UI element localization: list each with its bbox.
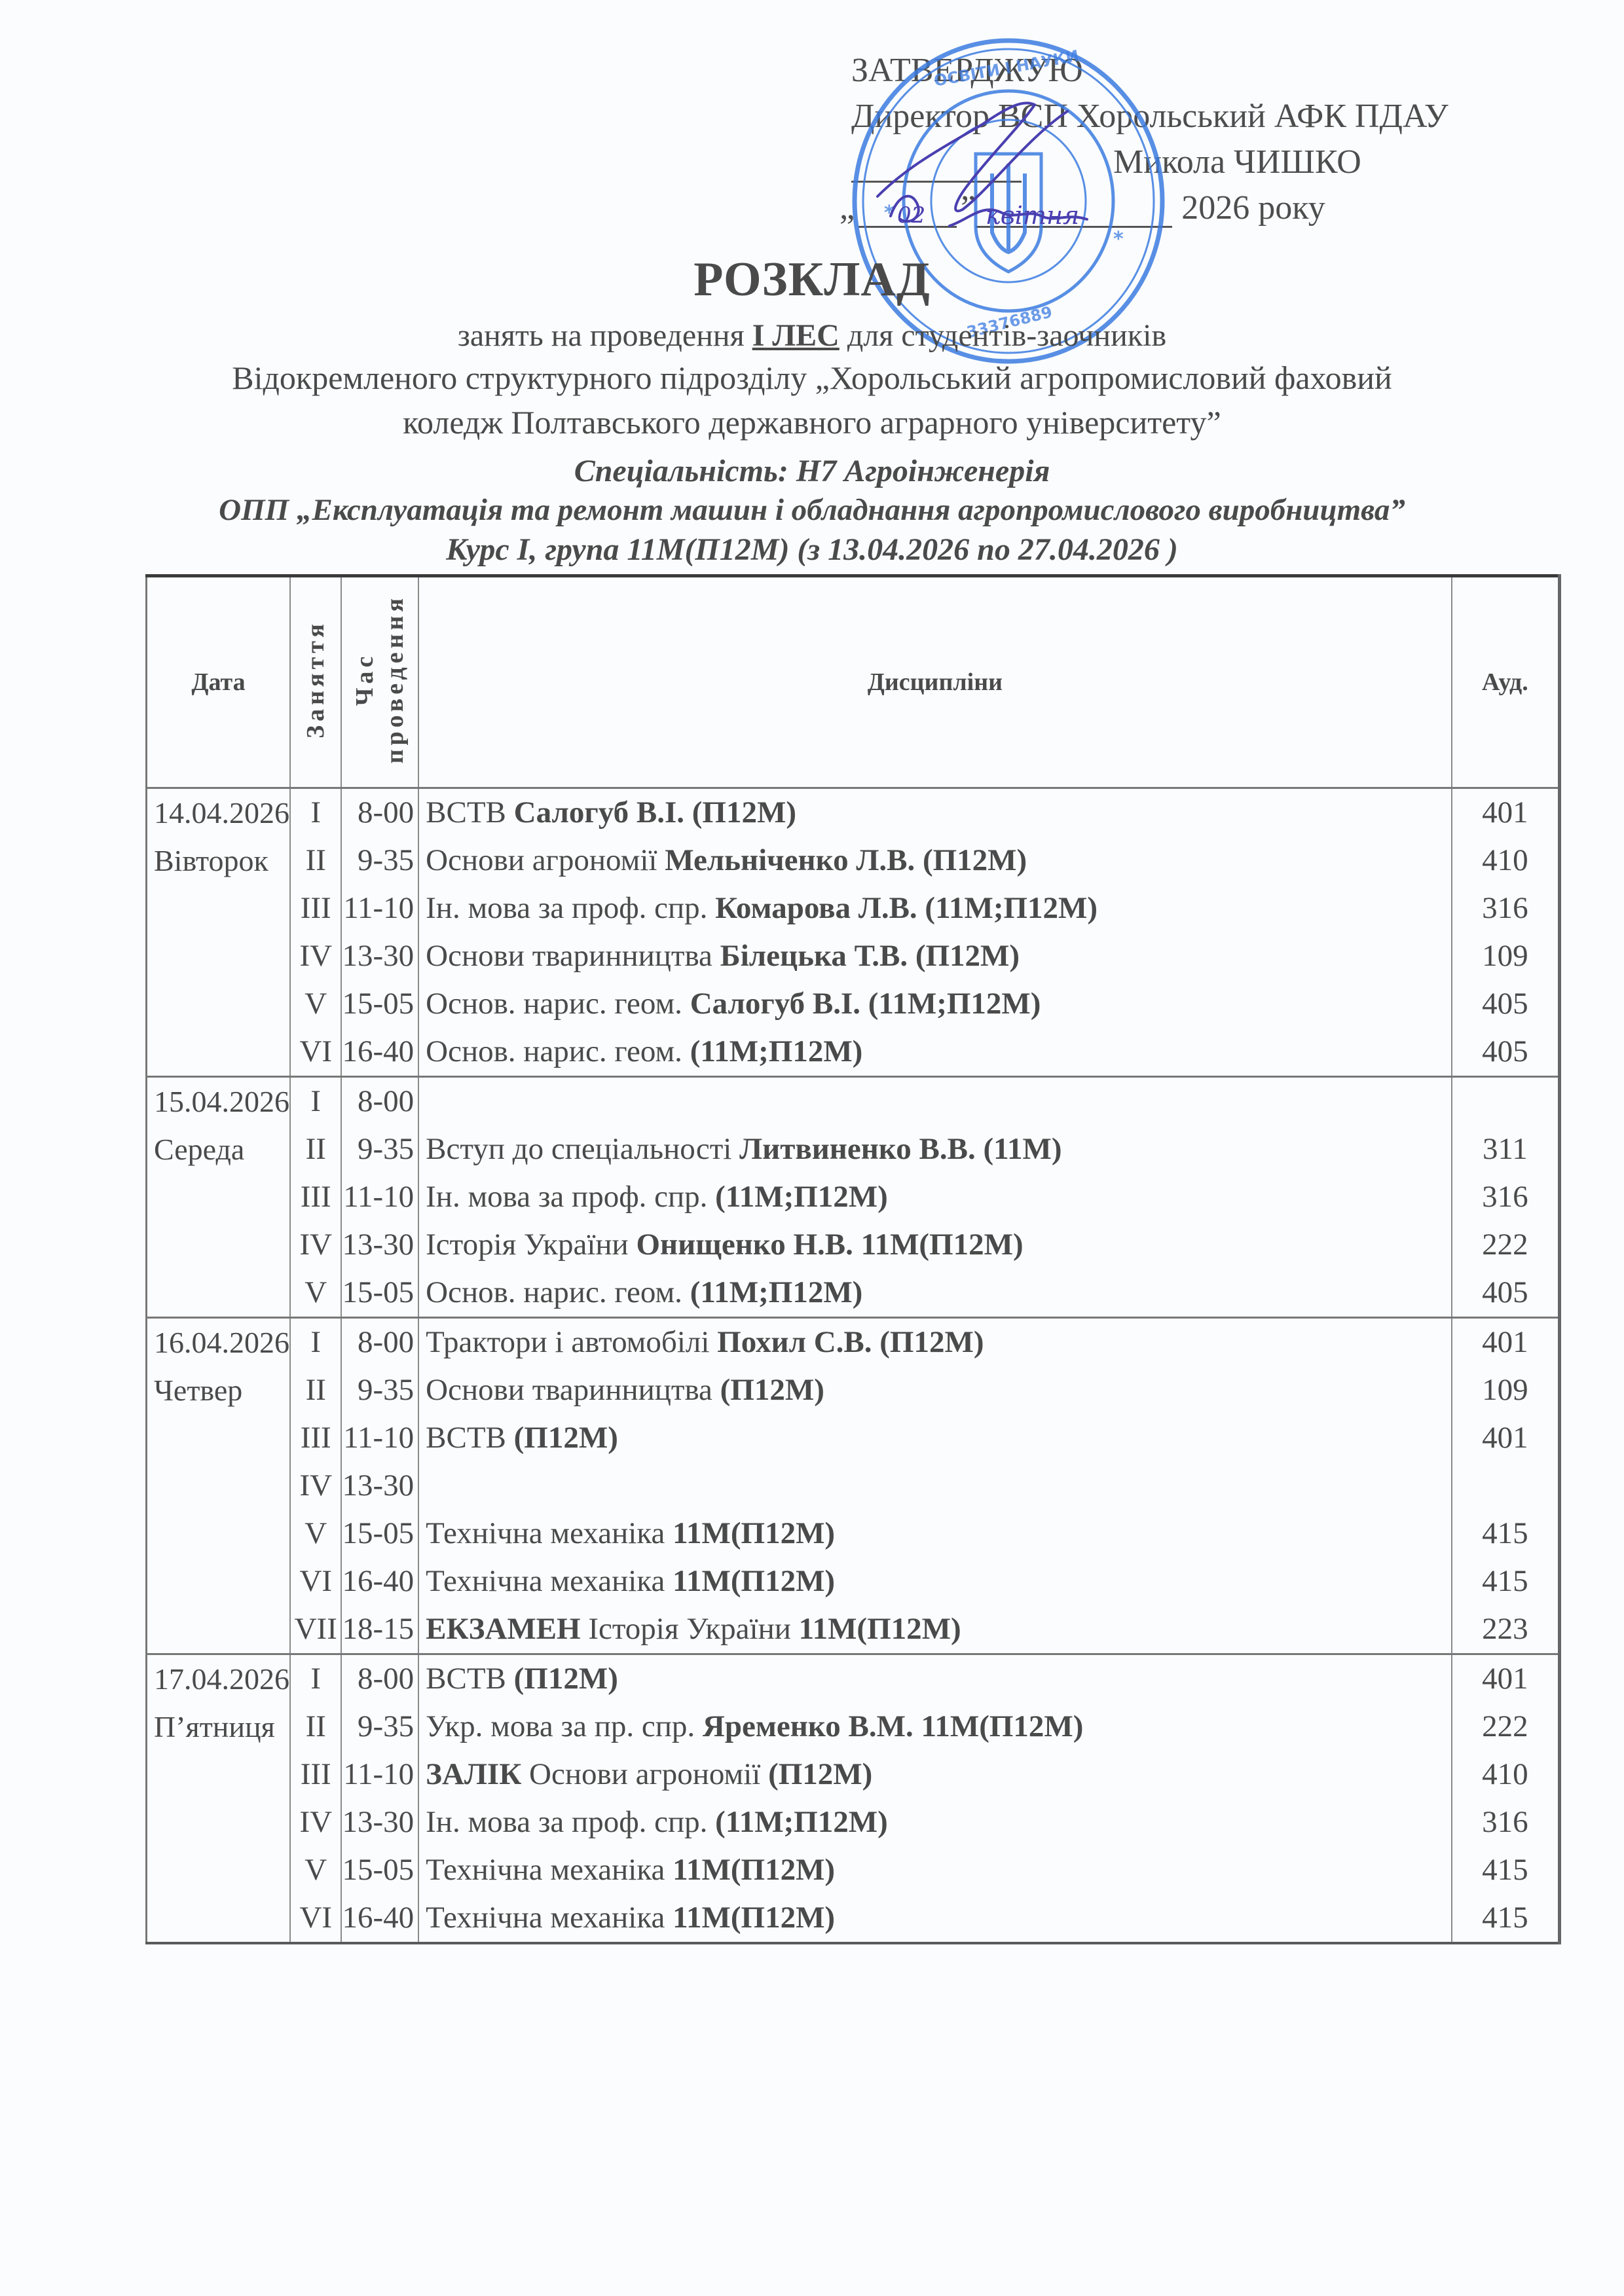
subject-name: Історія України <box>588 1612 791 1646</box>
lesson-subject: Технічна механіка 11М(П12М) <box>418 1894 1452 1943</box>
lesson-subject <box>418 1462 1452 1510</box>
approval-month-field <box>976 196 1172 228</box>
day-cell: 16.04.2026Четвер <box>147 1318 291 1654</box>
subtitle-line-3: коледж Полтавського державного аграрного… <box>0 403 1624 441</box>
lesson-number: II <box>290 1366 341 1414</box>
day-group: 16.04.2026ЧетверI8-00Трактори і автомобі… <box>147 1318 1560 1654</box>
lesson-room: 109 <box>1452 1366 1560 1414</box>
day-group: 14.04.2026ВівторокI8-00ВСТВ Салогуб В.І.… <box>147 788 1560 1077</box>
approval-date: „”2026 року <box>840 189 1325 228</box>
lesson-time: 9-35 <box>341 1125 418 1173</box>
lesson-time: 16-40 <box>341 1894 418 1943</box>
subject-name: ВСТВ <box>426 1421 506 1455</box>
subject-name: Технічна механіка <box>426 1564 665 1598</box>
table-row: V15-05Основ. нарис. геом. (11М;П12М)405 <box>147 1269 1560 1318</box>
teacher-group: 11М(П12М) <box>673 1564 835 1598</box>
lesson-subject: Ін. мова за проф. спр. Комарова Л.В. (11… <box>418 884 1452 932</box>
lesson-number: I <box>290 1654 341 1704</box>
lesson-room: 223 <box>1452 1605 1560 1654</box>
lesson-time: 18-15 <box>341 1605 418 1654</box>
lesson-room: 410 <box>1452 1751 1560 1798</box>
lesson-room: 405 <box>1452 1269 1560 1318</box>
table-row: 16.04.2026ЧетверI8-00Трактори і автомобі… <box>147 1318 1560 1367</box>
approval-name: Микола ЧИШКО <box>1113 143 1361 182</box>
lesson-subject: Основи тваринництва (П12М) <box>418 1366 1452 1414</box>
teacher-group: 11М(П12М) <box>673 1516 835 1550</box>
lesson-room <box>1452 1077 1560 1126</box>
teacher-group: (11М;П12М) <box>690 1034 863 1068</box>
approval-day-field <box>858 196 957 228</box>
teacher-group: Литвиненко В.В. (11М) <box>739 1132 1061 1166</box>
lesson-time: 13-30 <box>341 1798 418 1846</box>
lesson-subject: Технічна механіка 11М(П12М) <box>418 1510 1452 1558</box>
lesson-number: IV <box>290 932 341 980</box>
approval-position: Директор ВСП Хорольський АФК ПДАУ <box>851 97 1449 136</box>
lesson-time: 15-05 <box>341 1269 418 1318</box>
header-lesson: Заняття <box>290 576 341 788</box>
subject-name: ВСТВ <box>426 1662 506 1696</box>
lesson-room: 316 <box>1452 1173 1560 1221</box>
svg-text:*: * <box>1113 228 1124 251</box>
teacher-group: Салогуб В.І. (П12М) <box>514 795 796 829</box>
day-cell: 14.04.2026Вівторок <box>147 788 291 1077</box>
lesson-subject <box>418 1077 1452 1126</box>
teacher-group: (11М;П12М) <box>690 1275 863 1309</box>
lesson-subject: ВСТВ Салогуб В.І. (П12М) <box>418 788 1452 837</box>
subject-name: Технічна механіка <box>426 1853 665 1887</box>
header-time: Часпроведення <box>341 576 418 788</box>
table-row: IV13-30Ін. мова за проф. спр. (11М;П12М)… <box>147 1798 1560 1846</box>
specialty-label: Спеціальність: Н7 Агроінженерія <box>0 453 1624 489</box>
lesson-time: 8-00 <box>341 1654 418 1704</box>
lesson-room: 311 <box>1452 1125 1560 1173</box>
lesson-number: III <box>290 1173 341 1221</box>
table-row: 15.04.2026СередаI8-00 <box>147 1077 1560 1126</box>
table-row: VI16-40Технічна механіка 11М(П12М)415 <box>147 1558 1560 1605</box>
lesson-number: III <box>290 1414 341 1462</box>
subject-name: Історія України <box>426 1228 629 1262</box>
table-row: II9-35Укр. мова за пр. спр. Яременко В.М… <box>147 1703 1560 1751</box>
lesson-room: 109 <box>1452 932 1560 980</box>
teacher-group: Мельніченко Л.В. (П12М) <box>665 843 1027 877</box>
lesson-subject: Історія України Онищенко Н.В. 11М(П12М) <box>418 1221 1452 1269</box>
table-row: III11-10ЗАЛІК Основи агрономії (П12М)410 <box>147 1751 1560 1798</box>
subject-name: Технічна механіка <box>426 1516 665 1550</box>
lesson-time: 13-30 <box>341 1221 418 1269</box>
day-group: 17.04.2026П’ятницяI8-00ВСТВ (П12М)401II9… <box>147 1654 1560 1944</box>
day-date: 14.04.2026 <box>154 789 289 837</box>
lesson-time: 15-05 <box>341 1510 418 1558</box>
lesson-subject: ЕКЗАМЕН Історія України 11М(П12М) <box>418 1605 1452 1654</box>
subject-name: ВСТВ <box>426 795 506 829</box>
subject-name: Основ. нарис. геом. <box>426 987 682 1021</box>
schedule-table: Дата Заняття Часпроведення Дисципліни Ау… <box>145 574 1561 1944</box>
lesson-number: VI <box>290 1028 341 1077</box>
lesson-time: 8-00 <box>341 1077 418 1126</box>
teacher-group: (П12М) <box>514 1662 618 1696</box>
lesson-room: 222 <box>1452 1221 1560 1269</box>
assessment-type: ЗАЛІК <box>426 1757 521 1791</box>
day-weekday: Середа <box>154 1125 289 1173</box>
table-row: IV13-30Історія України Онищенко Н.В. 11М… <box>147 1221 1560 1269</box>
lesson-room: 415 <box>1452 1510 1560 1558</box>
teacher-group: 11М(П12М) <box>673 1901 835 1935</box>
table-row: II9-35Основи агрономії Мельніченко Л.В. … <box>147 837 1560 884</box>
lesson-number: VI <box>290 1894 341 1943</box>
lesson-subject: Ін. мова за проф. спр. (11М;П12М) <box>418 1798 1452 1846</box>
lesson-number: III <box>290 884 341 932</box>
table-row: IV13-30Основи тваринництва Білецька Т.В.… <box>147 932 1560 980</box>
lesson-room: 415 <box>1452 1894 1560 1943</box>
table-row: VI16-40Технічна механіка 11М(П12М)415 <box>147 1894 1560 1943</box>
teacher-group: (11М;П12М) <box>715 1180 888 1214</box>
table-row: V15-05Технічна механіка 11М(П12М)415 <box>147 1846 1560 1894</box>
day-date: 17.04.2026 <box>154 1655 289 1703</box>
lesson-subject: Основи тваринництва Білецька Т.В. (П12М) <box>418 932 1452 980</box>
day-date: 16.04.2026 <box>154 1319 289 1366</box>
program-label: ОПП „Експлуатація та ремонт машин і обла… <box>0 492 1624 528</box>
lesson-time: 8-00 <box>341 788 418 837</box>
teacher-group: (П12М) <box>768 1757 872 1791</box>
subtitle-line-2: Відокремленого структурного підрозділу „… <box>0 359 1624 397</box>
table-header-row: Дата Заняття Часпроведення Дисципліни Ау… <box>147 576 1560 788</box>
teacher-group: 11М(П12М) <box>799 1612 961 1646</box>
table-row: V15-05Основ. нарис. геом. Салогуб В.І. (… <box>147 980 1560 1028</box>
lesson-number: II <box>290 1703 341 1751</box>
approval-heading: ЗАТВЕРДЖУЮ <box>851 51 1083 90</box>
lesson-time: 11-10 <box>341 1173 418 1221</box>
lesson-room: 316 <box>1452 884 1560 932</box>
lesson-subject: ВСТВ (П12М) <box>418 1414 1452 1462</box>
subject-name: Основи агрономії <box>426 843 657 877</box>
lesson-number: I <box>290 788 341 837</box>
lesson-subject: ВСТВ (П12М) <box>418 1654 1452 1704</box>
day-cell: 17.04.2026П’ятниця <box>147 1654 291 1944</box>
teacher-group: Яременко В.М. 11М(П12М) <box>703 1709 1084 1743</box>
lesson-time: 9-35 <box>341 837 418 884</box>
lesson-time: 8-00 <box>341 1318 418 1367</box>
subject-name: Вступ до спеціальності <box>426 1132 731 1166</box>
lesson-number: IV <box>290 1221 341 1269</box>
lesson-time: 11-10 <box>341 1751 418 1798</box>
lesson-room: 405 <box>1452 980 1560 1028</box>
lesson-subject: Технічна механіка 11М(П12М) <box>418 1558 1452 1605</box>
subject-name: Ін. мова за проф. спр. <box>426 891 707 925</box>
lesson-subject: Укр. мова за пр. спр. Яременко В.М. 11М(… <box>418 1703 1452 1751</box>
table-row: 14.04.2026ВівторокI8-00ВСТВ Салогуб В.І.… <box>147 788 1560 837</box>
lesson-subject: Трактори і автомобілі Похил С.В. (П12М) <box>418 1318 1452 1367</box>
header-subjects: Дисципліни <box>418 576 1452 788</box>
lesson-subject: Вступ до спеціальності Литвиненко В.В. (… <box>418 1125 1452 1173</box>
lesson-number: IV <box>290 1798 341 1846</box>
header-room: Ауд. <box>1452 576 1560 788</box>
lesson-time: 15-05 <box>341 980 418 1028</box>
day-date: 15.04.2026 <box>154 1078 289 1125</box>
day-weekday: Четвер <box>154 1366 289 1414</box>
teacher-group: Білецька Т.В. (П12М) <box>720 939 1020 973</box>
lesson-time: 16-40 <box>341 1558 418 1605</box>
lesson-time: 13-30 <box>341 1462 418 1510</box>
teacher-group: 11М(П12М) <box>673 1853 835 1887</box>
lesson-time: 13-30 <box>341 932 418 980</box>
subtitle-line-1: занять на проведення І ЛЕС для студентів… <box>0 318 1624 354</box>
lesson-number: V <box>290 1510 341 1558</box>
session-label: І ЛЕС <box>752 318 840 353</box>
lesson-room: 401 <box>1452 1318 1560 1367</box>
table-row: VI16-40Основ. нарис. геом. (11М;П12М)405 <box>147 1028 1560 1077</box>
day-cell: 15.04.2026Середа <box>147 1077 291 1318</box>
header-date: Дата <box>147 576 291 788</box>
lesson-time: 15-05 <box>341 1846 418 1894</box>
teacher-group: Салогуб В.І. (11М;П12М) <box>690 987 1041 1021</box>
lesson-room: 405 <box>1452 1028 1560 1077</box>
lesson-number: V <box>290 980 341 1028</box>
lesson-time: 11-10 <box>341 1414 418 1462</box>
teacher-group: Похил С.В. (П12М) <box>717 1325 984 1359</box>
teacher-group: (11М;П12М) <box>715 1805 888 1839</box>
table-row: II9-35Вступ до спеціальності Литвиненко … <box>147 1125 1560 1173</box>
subject-name: Основи тваринництва <box>426 939 712 973</box>
table-row: III11-10ВСТВ (П12М)401 <box>147 1414 1560 1462</box>
assessment-type: ЕКЗАМЕН <box>426 1612 580 1646</box>
subject-name: Укр. мова за пр. спр. <box>426 1709 695 1743</box>
subject-name: Ін. мова за проф. спр. <box>426 1805 707 1839</box>
lesson-subject: Основ. нарис. геом. (11М;П12М) <box>418 1269 1452 1318</box>
course-group-label: Курс І, група 11М(П12М) (з 13.04.2026 по… <box>0 532 1624 568</box>
lesson-time: 16-40 <box>341 1028 418 1077</box>
lesson-number: II <box>290 837 341 884</box>
lesson-number: I <box>290 1077 341 1126</box>
lesson-subject: Основ. нарис. геом. Салогуб В.І. (11М;П1… <box>418 980 1452 1028</box>
lesson-number: V <box>290 1846 341 1894</box>
day-weekday: Вівторок <box>154 837 289 884</box>
subject-name: Основ. нарис. геом. <box>426 1275 682 1309</box>
lesson-room: 401 <box>1452 1654 1560 1704</box>
table-row: IV13-30 <box>147 1462 1560 1510</box>
lesson-room: 415 <box>1452 1558 1560 1605</box>
approval-year: 2026 року <box>1181 189 1325 227</box>
table-row: VII18-15ЕКЗАМЕН Історія України 11М(П12М… <box>147 1605 1560 1654</box>
signature-line <box>851 181 1022 183</box>
table-row: III11-10Ін. мова за проф. спр. Комарова … <box>147 884 1560 932</box>
lesson-subject: ЗАЛІК Основи агрономії (П12М) <box>418 1751 1452 1798</box>
subject-name: Основи тваринництва <box>426 1373 712 1407</box>
lesson-room: 401 <box>1452 1414 1560 1462</box>
lesson-room: 316 <box>1452 1798 1560 1846</box>
lesson-number: VII <box>290 1605 341 1654</box>
lesson-number: II <box>290 1125 341 1173</box>
subject-name: Ін. мова за проф. спр. <box>426 1180 707 1214</box>
lesson-time: 11-10 <box>341 884 418 932</box>
table-row: 17.04.2026П’ятницяI8-00ВСТВ (П12М)401 <box>147 1654 1560 1704</box>
lesson-room <box>1452 1462 1560 1510</box>
lesson-room: 222 <box>1452 1703 1560 1751</box>
lesson-number: III <box>290 1751 341 1798</box>
table-row: II9-35Основи тваринництва (П12М)109 <box>147 1366 1560 1414</box>
subject-name: Основи агрономії <box>529 1757 760 1791</box>
lesson-room: 415 <box>1452 1846 1560 1894</box>
teacher-group: (П12М) <box>720 1373 824 1407</box>
teacher-group: Онищенко Н.В. 11М(П12М) <box>636 1228 1023 1262</box>
subject-name: Трактори і автомобілі <box>426 1325 709 1359</box>
subject-name: Основ. нарис. геом. <box>426 1034 682 1068</box>
table-row: V15-05Технічна механіка 11М(П12М)415 <box>147 1510 1560 1558</box>
lesson-number: IV <box>290 1462 341 1510</box>
teacher-group: (П12М) <box>514 1421 618 1455</box>
lesson-subject: Основи агрономії Мельніченко Л.В. (П12М) <box>418 837 1452 884</box>
lesson-number: V <box>290 1269 341 1318</box>
teacher-group: Комарова Л.В. (11М;П12М) <box>715 891 1098 925</box>
lesson-number: VI <box>290 1558 341 1605</box>
subject-name: Технічна механіка <box>426 1901 665 1935</box>
lesson-subject: Технічна механіка 11М(П12М) <box>418 1846 1452 1894</box>
lesson-room: 401 <box>1452 788 1560 837</box>
day-group: 15.04.2026СередаI8-00II9-35Вступ до спец… <box>147 1077 1560 1318</box>
lesson-room: 410 <box>1452 837 1560 884</box>
lesson-number: I <box>290 1318 341 1367</box>
lesson-time: 9-35 <box>341 1703 418 1751</box>
lesson-subject: Основ. нарис. геом. (11М;П12М) <box>418 1028 1452 1077</box>
table-row: III11-10Ін. мова за проф. спр. (11М;П12М… <box>147 1173 1560 1221</box>
lesson-time: 9-35 <box>341 1366 418 1414</box>
lesson-subject: Ін. мова за проф. спр. (11М;П12М) <box>418 1173 1452 1221</box>
day-weekday: П’ятниця <box>154 1703 289 1751</box>
document-title: РОЗКЛАД <box>0 252 1624 308</box>
